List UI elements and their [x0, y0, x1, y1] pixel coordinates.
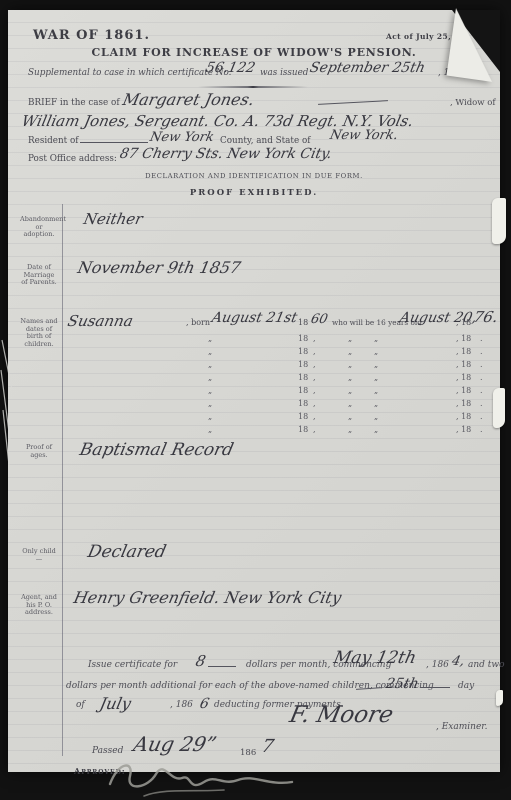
children-blank-row: „ 18 , „ „ , 18 .: [8, 360, 500, 373]
born-year-prefix: 18: [298, 318, 308, 327]
torn-edge-piece: [492, 198, 506, 244]
examiner-label-text: , Examiner.: [436, 722, 487, 732]
issue-post-text: and two: [468, 660, 505, 670]
ditto-mark: „: [348, 386, 352, 395]
ditto-mark: „: [348, 412, 352, 421]
day-post-dash: [420, 687, 450, 688]
ditto-mark: „: [208, 412, 212, 421]
children-blank-row: „ 18 , „ „ , 18 .: [8, 399, 500, 412]
comma-mark: ,: [313, 399, 316, 408]
comma-mark: ,: [313, 412, 316, 421]
war-of-1861-label: WAR OF 1861.: [33, 28, 150, 43]
year-prefix-18: 18: [298, 386, 308, 395]
year-prefix-18: , 18: [456, 386, 471, 395]
folded-corner-flap: [446, 8, 501, 82]
day-label-text: day: [458, 681, 474, 691]
ditto-mark: „: [348, 334, 352, 343]
widow-name-value: Margaret Jones.: [121, 90, 256, 109]
ditto-mark: „: [208, 347, 212, 356]
year-prefix-18: 18: [298, 412, 308, 421]
ditto-mark: „: [374, 373, 378, 382]
comma-mark: ,: [313, 386, 316, 395]
year-prefix-2: , 186: [170, 700, 193, 710]
po-address-label: Post Office address:: [28, 154, 117, 164]
age-year-prefix: , 18: [456, 318, 471, 327]
year-prefix-18: , 18: [456, 373, 471, 382]
year-prefix-18: , 18: [456, 412, 471, 421]
ditto-mark: „: [374, 412, 378, 421]
of-label-text: of: [76, 700, 85, 710]
year-prefix-18: , 18: [456, 425, 471, 434]
brief-pre-text: BRIEF in the case of: [28, 98, 120, 108]
supplemental-mid-text: was issued: [260, 68, 308, 78]
age-year-value: 76.: [472, 308, 500, 326]
issue-date-value: September 25th: [308, 60, 426, 76]
year-prefix-18: 18: [298, 373, 308, 382]
only-child-value: Declared: [86, 542, 168, 562]
comma-mark: ,: [313, 373, 316, 382]
resident-pre-text: Resident of: [28, 136, 79, 146]
year-prefix-18: , 18: [456, 334, 471, 343]
line2-text: dollars per month additional for each of…: [66, 681, 434, 691]
name-flourish-dash: [318, 100, 388, 105]
marriage-date-label: Date of Marriage of Parents.: [20, 264, 58, 287]
border-scratch-marks: [0, 330, 14, 470]
ditto-mark: „: [348, 360, 352, 369]
children-blank-row: „ 18 , „ „ , 18 .: [8, 334, 500, 347]
comma-mark: ,: [313, 360, 316, 369]
abandonment-value: Neither: [82, 210, 144, 228]
period-mark: .: [480, 347, 483, 356]
ditto-mark: „: [374, 386, 378, 395]
year-digit-1: 4,: [450, 654, 466, 669]
year-prefix-1: , 186: [426, 660, 449, 670]
agent-label: Agent, and his P. O. address.: [20, 594, 58, 617]
proof-exhibited-line: PROOF EXHIBITED.: [8, 188, 500, 198]
year-prefix-18: 18: [298, 360, 308, 369]
born-date-value: August 21st: [210, 310, 298, 326]
month-value: July: [98, 694, 133, 713]
agent-value: Henry Greenfield. New York City: [72, 588, 343, 607]
ditto-mark: „: [348, 399, 352, 408]
ditto-mark: „: [348, 373, 352, 382]
po-address-value: 87 Cherry Sts. New York City.: [118, 146, 333, 162]
born-label: , born: [186, 318, 210, 327]
period-mark: .: [480, 373, 483, 382]
comma-mark: ,: [313, 347, 316, 356]
ditto-mark: „: [208, 334, 212, 343]
ditto-mark: „: [208, 373, 212, 382]
children-blank-row: „ 18 , „ „ , 18 .: [8, 386, 500, 399]
resident-mid-text: County, and State of: [220, 136, 311, 146]
ditto-mark: „: [208, 425, 212, 434]
margin-column-rule: [62, 204, 63, 756]
torn-edge-piece: [493, 388, 505, 428]
pension-form-paper: WAR OF 1861. Act of July 25, CLAIM FOR I…: [8, 10, 500, 772]
period-mark: .: [480, 386, 483, 395]
commence-date-value: May 12th: [332, 648, 418, 668]
born-year-value: 60: [309, 312, 329, 327]
period-mark: .: [480, 425, 483, 434]
children-blank-row: „ 18 , „ „ , 18 .: [8, 425, 500, 438]
amount-flourish-dash: [208, 666, 236, 667]
ditto-mark: „: [348, 425, 352, 434]
amount-value: 8: [194, 652, 207, 670]
children-blank-rows: „ 18 , „ „ , 18 . „ 18 , „ „ , 18 . „ 18…: [8, 334, 500, 438]
children-day-value: 25th: [384, 676, 420, 692]
ditto-mark: „: [374, 425, 378, 434]
ditto-mark: „: [374, 399, 378, 408]
proof-of-ages-label: Proof of ages.: [20, 444, 58, 459]
declaration-line: DECLARATION AND IDENTIFICATION IN DUE FO…: [8, 172, 500, 180]
ditto-mark: „: [208, 386, 212, 395]
form-title: CLAIM FOR INCREASE OF WIDOW'S PENSION.: [8, 46, 500, 59]
year-prefix-18: 18: [298, 347, 308, 356]
abandonment-label: Abandonment or adoption.: [20, 216, 58, 239]
scanned-document-page: WAR OF 1861. Act of July 25, CLAIM FOR I…: [0, 0, 511, 800]
act-of-july-label: Act of July 25,: [386, 32, 451, 41]
marriage-date-value: November 9th 1857: [76, 258, 243, 277]
ditto-mark: „: [348, 347, 352, 356]
ditto-mark: „: [374, 360, 378, 369]
comma-mark: ,: [313, 425, 316, 434]
ornamental-divider: [198, 86, 308, 88]
ditto-mark: „: [208, 360, 212, 369]
year-prefix-18: 18: [298, 425, 308, 434]
certificate-number-value: 56.122: [204, 60, 256, 76]
ditto-mark: „: [374, 334, 378, 343]
issue-pre-text: Issue certificate for: [88, 660, 177, 670]
children-blank-row: „ 18 , „ „ , 18 .: [8, 373, 500, 386]
only-child-label: Only child—: [20, 548, 58, 563]
period-mark: .: [480, 360, 483, 369]
examiner-signature: F. Moore: [287, 702, 395, 728]
child-name-value: Susanna: [66, 312, 135, 330]
torn-edge-piece: [496, 690, 503, 706]
year-prefix-18: , 18: [456, 360, 471, 369]
children-blank-row: „ 18 , „ „ , 18 .: [8, 347, 500, 360]
period-mark: .: [480, 412, 483, 421]
year-prefix-18: , 18: [456, 399, 471, 408]
period-mark: .: [480, 399, 483, 408]
year-digit-2: 6: [198, 696, 210, 712]
proof-of-ages-value: Baptismal Record: [78, 440, 235, 460]
children-blank-row: „ 18 , „ „ , 18 .: [8, 412, 500, 425]
year-prefix-18: , 18: [456, 347, 471, 356]
supplemental-pre-text: Supplemental to case in which certificat…: [28, 68, 231, 78]
ditto-mark: „: [374, 347, 378, 356]
resident-blank-dash: [80, 142, 148, 143]
brief-post-text: , Widow of: [450, 98, 496, 108]
ditto-mark: „: [208, 399, 212, 408]
year-prefix-18: 18: [298, 399, 308, 408]
period-mark: .: [480, 334, 483, 343]
comma-mark: ,: [313, 334, 316, 343]
year-prefix-18: 18: [298, 334, 308, 343]
state-value: New York.: [328, 128, 399, 143]
county-value: New York: [148, 130, 215, 145]
approved-signature-scribble: [104, 752, 304, 800]
